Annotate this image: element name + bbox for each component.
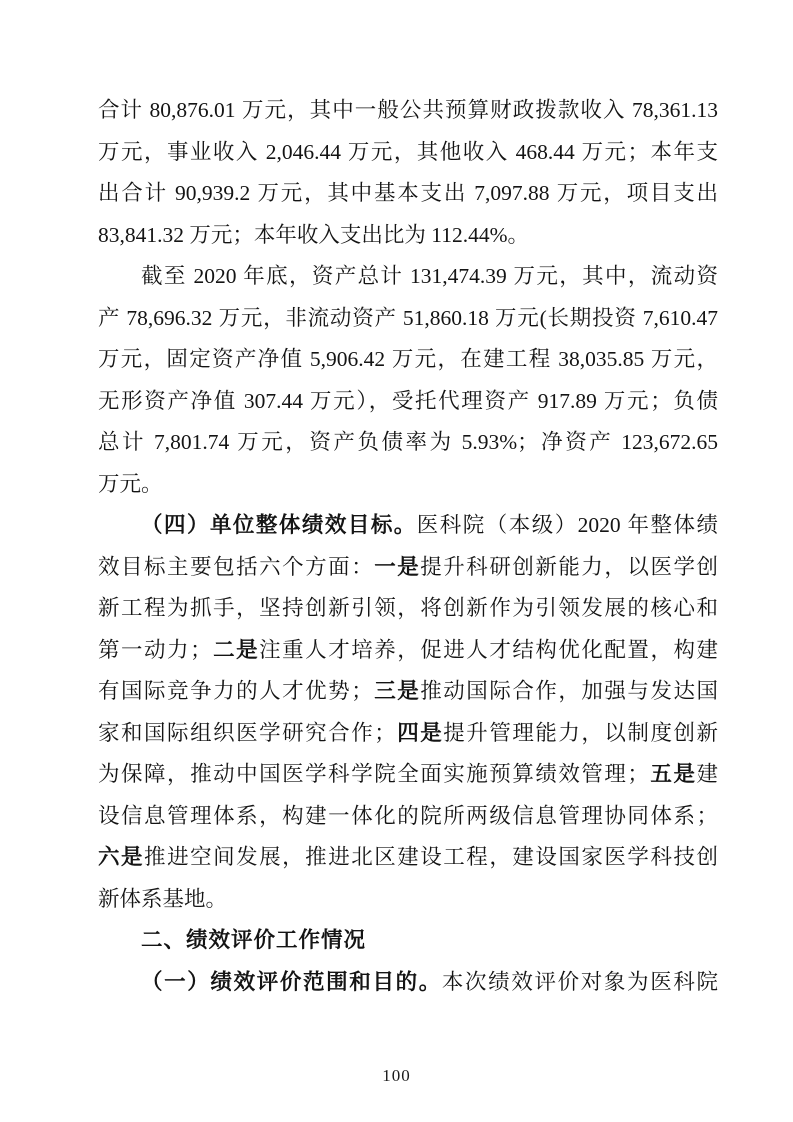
text-run: 万元，固定资产净值 5,906.42 万元，在建工程 38,035.85 万元， — [98, 347, 718, 371]
emphasis-run: （四）单位整体绩效目标。 — [141, 513, 417, 537]
text-line: 为保障，推动中国医学科学院全面实施预算绩效管理；五是建 — [98, 754, 718, 796]
page-number: 100 — [382, 1066, 411, 1085]
text-line: （一）绩效评价范围和目的。本次绩效评价对象为医科院 — [98, 962, 718, 1004]
text-run: 总计 7,801.74 万元，资产负债率为 5.93%；净资产 123,672.… — [98, 430, 718, 454]
emphasis-run: 三是 — [373, 679, 421, 703]
text-line: 总计 7,801.74 万元，资产负债率为 5.93%；净资产 123,672.… — [98, 422, 718, 464]
text-run: 提升管理能力，以制度创新 — [443, 721, 718, 745]
page-footer: 100 — [0, 1066, 793, 1086]
text-line: 设信息管理体系，构建一体化的院所两级信息管理协同体系； — [98, 796, 718, 838]
text-line: 截至 2020 年底，资产总计 131,474.39 万元，其中，流动资 — [98, 256, 718, 298]
text-run: 本次绩效评价对象为医科院 — [442, 970, 718, 994]
para-assets-liabilities: 截至 2020 年底，资产总计 131,474.39 万元，其中，流动资产 78… — [98, 256, 718, 505]
text-run: 推进空间发展，推进北区建设工程，建设国家医学科技创 — [144, 845, 718, 869]
text-run: 合计 80,876.01 万元，其中一般公共预算财政拨款收入 78,361.13 — [98, 98, 718, 122]
text-run: 家和国际组织医学研究合作； — [98, 721, 396, 745]
text-run: 效目标主要包括六个方面： — [98, 555, 374, 579]
text-run: 截至 2020 年底，资产总计 131,474.39 万元，其中，流动资 — [141, 264, 718, 288]
text-line: （四）单位整体绩效目标。医科院（本级）2020 年整体绩 — [98, 505, 718, 547]
emphasis-run: 一是 — [374, 555, 420, 579]
heading-performance-evaluation-work: 二、绩效评价工作情况 — [98, 920, 718, 962]
text-run: 万元，事业收入 2,046.44 万元，其他收入 468.44 万元；本年支 — [98, 140, 718, 164]
para-evaluation-scope-purpose: （一）绩效评价范围和目的。本次绩效评价对象为医科院 — [98, 962, 718, 1004]
text-run: 提升科研创新能力，以医学创 — [420, 555, 718, 579]
text-run: 万元。 — [98, 472, 163, 496]
para-annual-income-expenditure: 合计 80,876.01 万元，其中一般公共预算财政拨款收入 78,361.13… — [98, 90, 718, 256]
text-line: 家和国际组织医学研究合作；四是提升管理能力，以制度创新 — [98, 713, 718, 755]
text-line: 合计 80,876.01 万元，其中一般公共预算财政拨款收入 78,361.13 — [98, 90, 718, 132]
text-run: 二、绩效评价工作情况 — [141, 928, 366, 952]
text-line: 效目标主要包括六个方面：一是提升科研创新能力，以医学创 — [98, 547, 718, 589]
text-line: 新工程为抓手，坚持创新引领，将创新作为引领发展的核心和 — [98, 588, 718, 630]
text-run: 注重人才培养，促进人才结构优化配置，构建 — [259, 638, 718, 662]
text-line: 新体系基地。 — [98, 879, 718, 921]
emphasis-run: （一）绩效评价范围和目的。 — [141, 970, 442, 994]
emphasis-run: 五是 — [649, 762, 697, 786]
emphasis-run: 六是 — [98, 845, 144, 869]
emphasis-run: 二是 — [212, 638, 260, 662]
text-run: 新工程为抓手，坚持创新引领，将创新作为引领发展的核心和 — [98, 596, 718, 620]
text-line: 第一动力；二是注重人才培养，促进人才结构优化配置，构建 — [98, 630, 718, 672]
text-run: 有国际竞争力的人才优势； — [98, 679, 373, 703]
text-line: 产 78,696.32 万元，非流动资产 51,860.18 万元(长期投资 7… — [98, 298, 718, 340]
para-overall-performance-goals: （四）单位整体绩效目标。医科院（本级）2020 年整体绩效目标主要包括六个方面：… — [98, 505, 718, 920]
emphasis-run: 四是 — [396, 721, 444, 745]
text-run: 建 — [696, 762, 718, 786]
text-line: 六是推进空间发展，推进北区建设工程，建设国家医学科技创 — [98, 837, 718, 879]
text-line: 二、绩效评价工作情况 — [98, 920, 718, 962]
text-run: 第一动力； — [98, 638, 212, 662]
document-body: 合计 80,876.01 万元，其中一般公共预算财政拨款收入 78,361.13… — [98, 90, 718, 1003]
text-run: 无形资产净值 307.44 万元），受托代理资产 917.89 万元；负债 — [98, 389, 718, 413]
text-run: 设信息管理体系，构建一体化的院所两级信息管理协同体系； — [98, 804, 718, 828]
text-run: 医科院（本级）2020 年整体绩 — [417, 513, 718, 537]
text-run: 推动国际合作，加强与发达国 — [420, 679, 718, 703]
text-line: 有国际竞争力的人才优势；三是推动国际合作，加强与发达国 — [98, 671, 718, 713]
text-run: 产 78,696.32 万元，非流动资产 51,860.18 万元(长期投资 7… — [98, 306, 718, 330]
text-run: 为保障，推动中国医学科学院全面实施预算绩效管理； — [98, 762, 649, 786]
text-line: 无形资产净值 307.44 万元），受托代理资产 917.89 万元；负债 — [98, 381, 718, 423]
text-line: 83,841.32 万元；本年收入支出比为 112.44%。 — [98, 215, 718, 257]
text-run: 新体系基地。 — [98, 887, 227, 911]
text-run: 83,841.32 万元；本年收入支出比为 112.44%。 — [98, 223, 529, 247]
text-line: 万元。 — [98, 464, 718, 506]
text-line: 万元，固定资产净值 5,906.42 万元，在建工程 38,035.85 万元， — [98, 339, 718, 381]
text-line: 万元，事业收入 2,046.44 万元，其他收入 468.44 万元；本年支 — [98, 132, 718, 174]
text-line: 出合计 90,939.2 万元，其中基本支出 7,097.88 万元，项目支出 — [98, 173, 718, 215]
text-run: 出合计 90,939.2 万元，其中基本支出 7,097.88 万元，项目支出 — [98, 181, 718, 205]
